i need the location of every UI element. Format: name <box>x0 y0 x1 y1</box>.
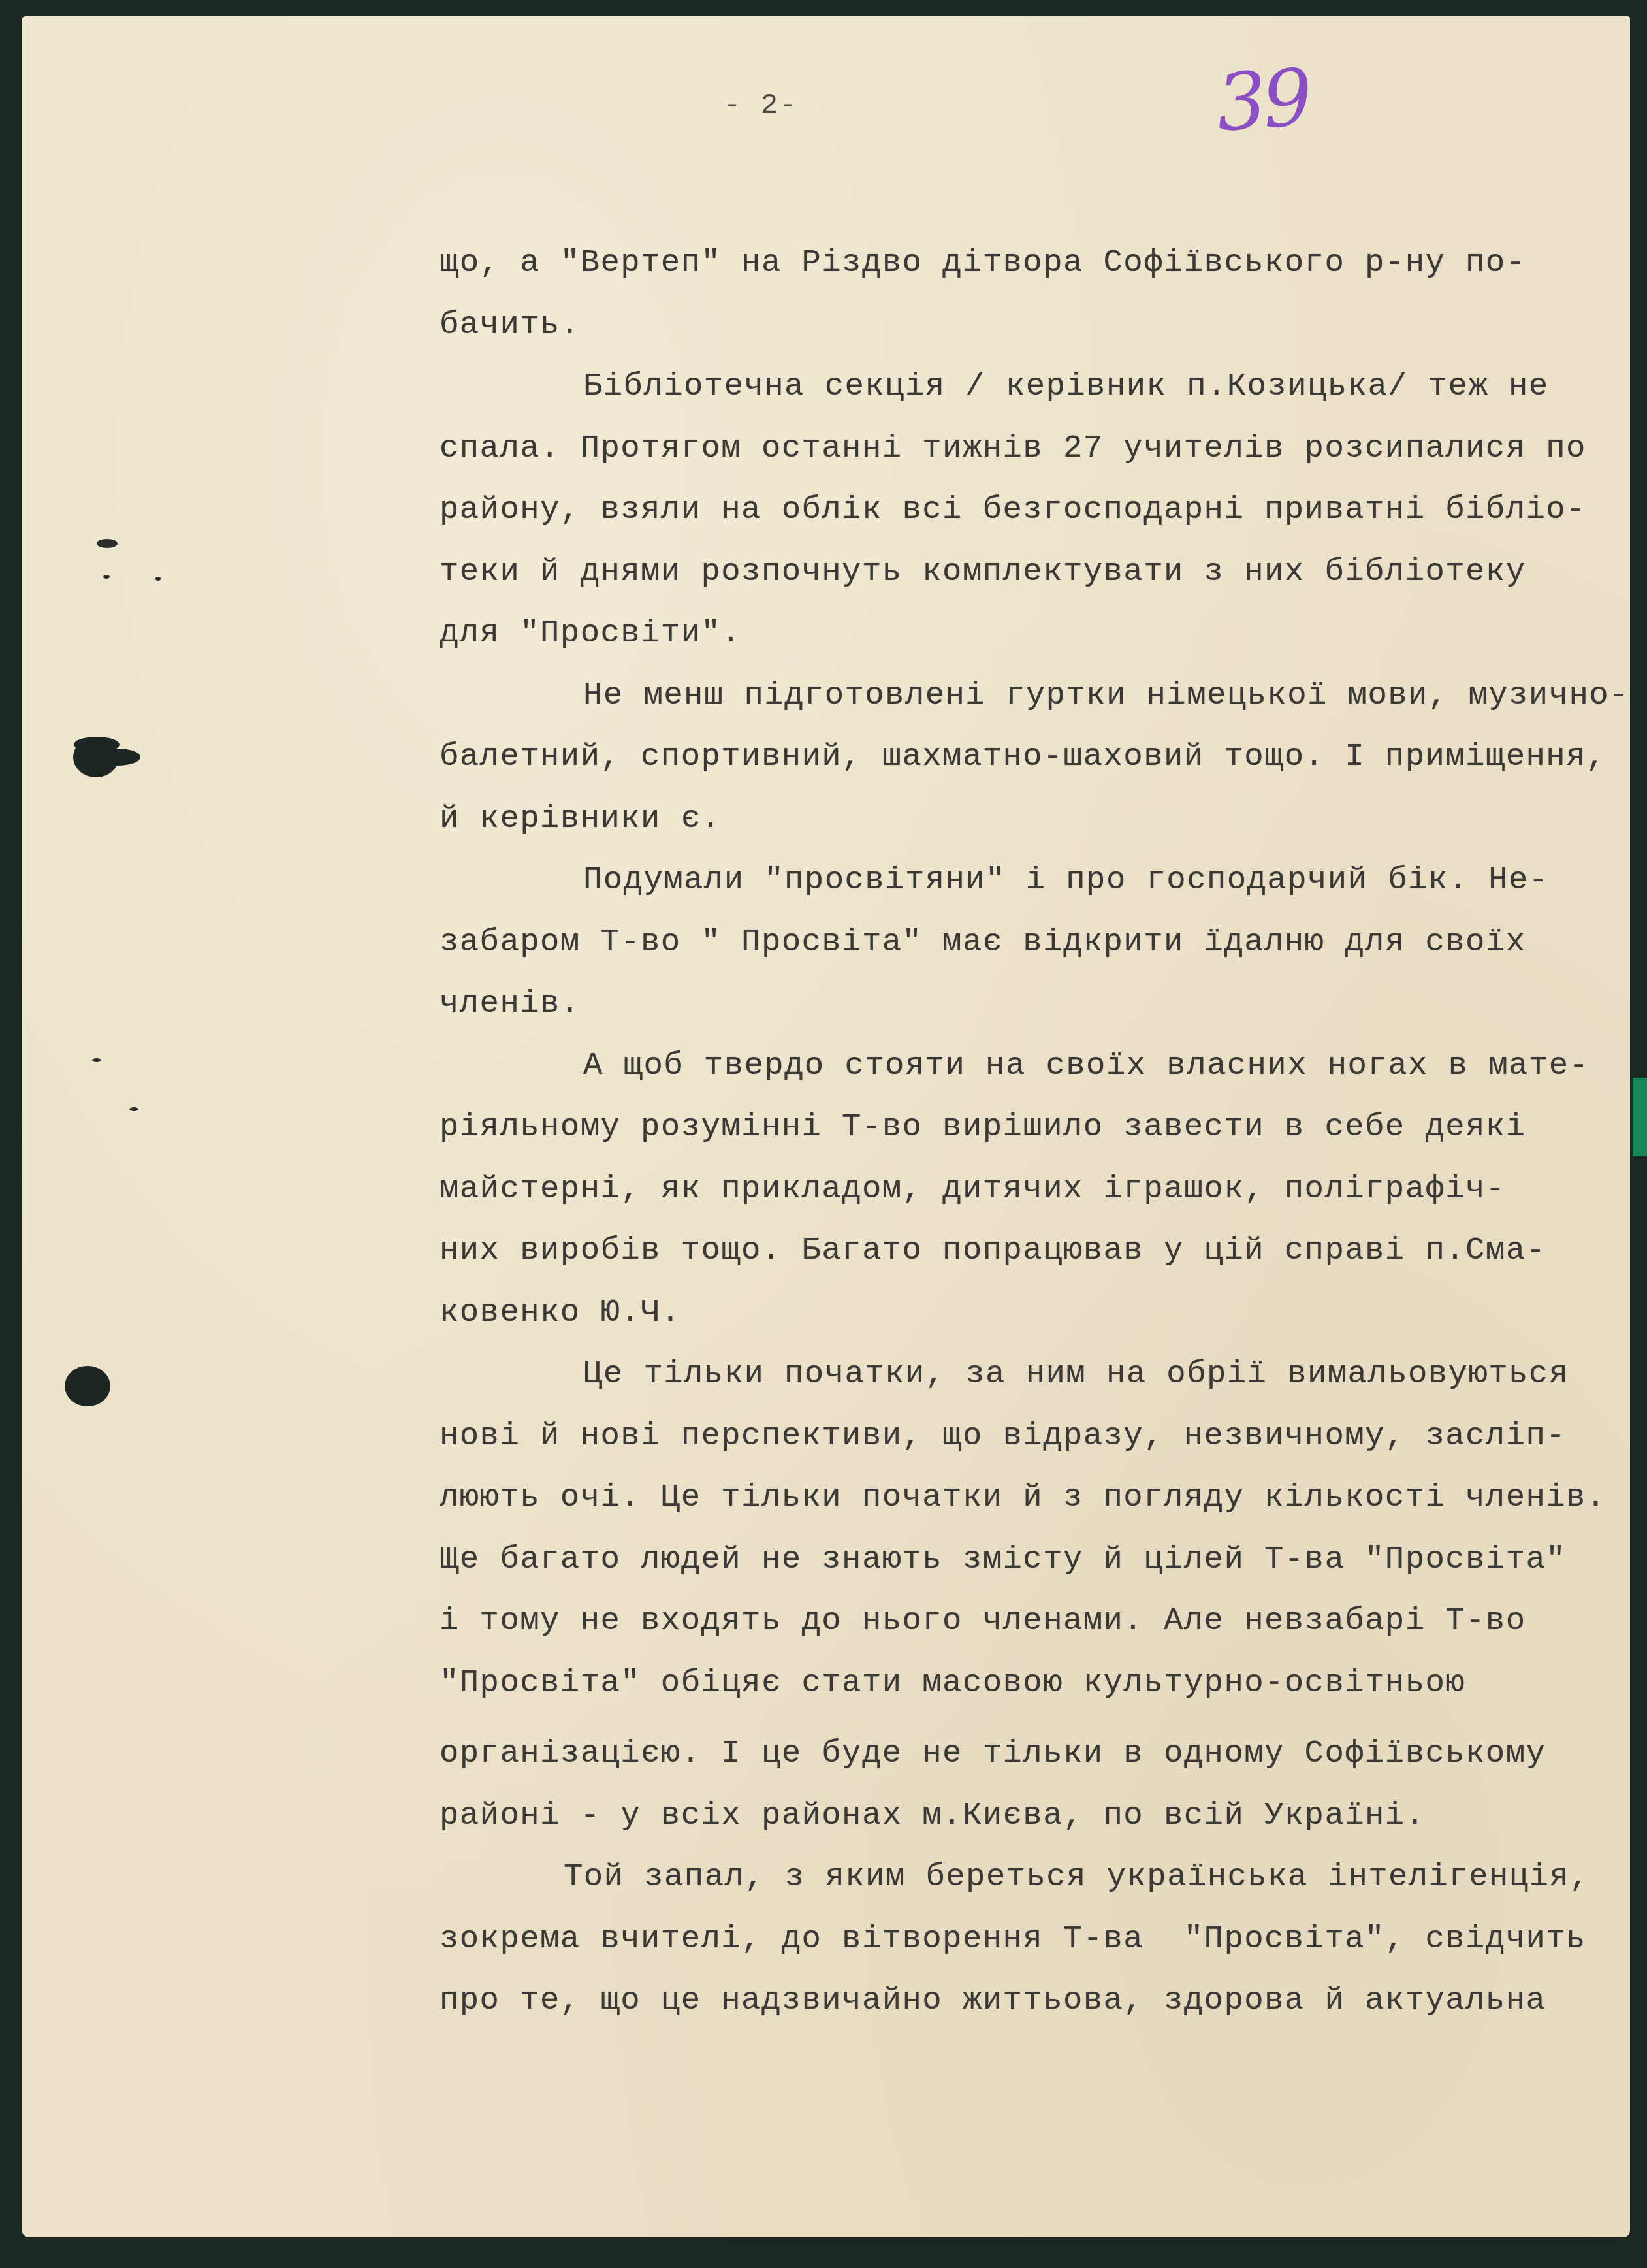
text-line: "Просвіта" обіцяє стати масовою культурн… <box>440 1652 1635 1714</box>
text-line: Це тільки початки, за ним на обрії вимал… <box>440 1343 1635 1405</box>
text-line: майстерні, як прикладом, дитячих іграшок… <box>440 1158 1635 1220</box>
archive-folio-number: 39 <box>1213 52 1311 149</box>
paper-speck <box>97 539 118 548</box>
text-line: балетний, спортивний, шахматно-шаховий т… <box>440 726 1635 788</box>
binder-hole-large-upper-main <box>73 737 119 777</box>
text-line: Той запал, з яким береться українська ін… <box>440 1846 1635 1908</box>
text-line: ковенко Ю.Ч. <box>440 1282 1635 1344</box>
text-line: них виробів тощо. Багато попрацював у ці… <box>440 1220 1635 1282</box>
text-line: ріяльному розумінні Т-во вирішило завест… <box>440 1096 1635 1158</box>
text-line: Не менш підготовлені гуртки німецької мо… <box>440 664 1635 726</box>
text-line: люють очі. Це тільки початки й з погляду… <box>440 1466 1635 1529</box>
archive-tab-marker <box>1633 1078 1647 1156</box>
paper-speck <box>155 577 161 581</box>
text-line: А щоб твердо стояти на своїх власних ног… <box>440 1035 1635 1097</box>
text-line: про те, що це надзвичайно життьова, здор… <box>440 1969 1635 2032</box>
page-number: - 2- <box>724 89 798 122</box>
text-line: теки й днями розпочнуть комплектувати з … <box>440 541 1635 603</box>
text-line: спала. Протягом останні тижнів 27 учител… <box>440 417 1635 479</box>
text-line: Ще багато людей не знають змісту й цілей… <box>440 1529 1635 1591</box>
document-page: - 2- 39 що, а "Вертеп" на Різдво дітвора… <box>22 16 1630 2237</box>
text-line: забаром Т-во " Просвіта" має відкрити їд… <box>440 911 1635 973</box>
text-line: районі - у всіх районах м.Києва, по всій… <box>440 1785 1635 1847</box>
text-line: і тому не входять до нього членами. Але … <box>440 1590 1635 1652</box>
text-line: членів. <box>440 973 1635 1035</box>
paper-speck <box>103 575 110 579</box>
text-line: Подумали "просвітяни" і про господарчий … <box>440 849 1635 911</box>
binder-hole-large-lower <box>65 1366 110 1406</box>
paper-speck <box>129 1107 138 1111</box>
text-line: Бібліотечна секція / керівник п.Козицька… <box>440 355 1635 417</box>
typewritten-body: що, а "Вертеп" на Різдво дітвора Софіївс… <box>440 232 1635 2032</box>
text-line: району, взяли на облік всі безгосподарні… <box>440 479 1635 541</box>
text-line: й керівники є. <box>440 788 1635 850</box>
paper-speck <box>92 1058 101 1062</box>
text-line: нові й нові перспективи, що відразу, нез… <box>440 1405 1635 1467</box>
text-line: для "Просвіти". <box>440 602 1635 664</box>
text-line: що, а "Вертеп" на Різдво дітвора Софіївс… <box>440 232 1635 294</box>
text-line: бачить. <box>440 294 1635 356</box>
text-line: зокрема вчителі, до вітворення Т-ва "Про… <box>440 1908 1635 1970</box>
text-line: організацією. І це буде не тільки в одно… <box>440 1723 1635 1785</box>
